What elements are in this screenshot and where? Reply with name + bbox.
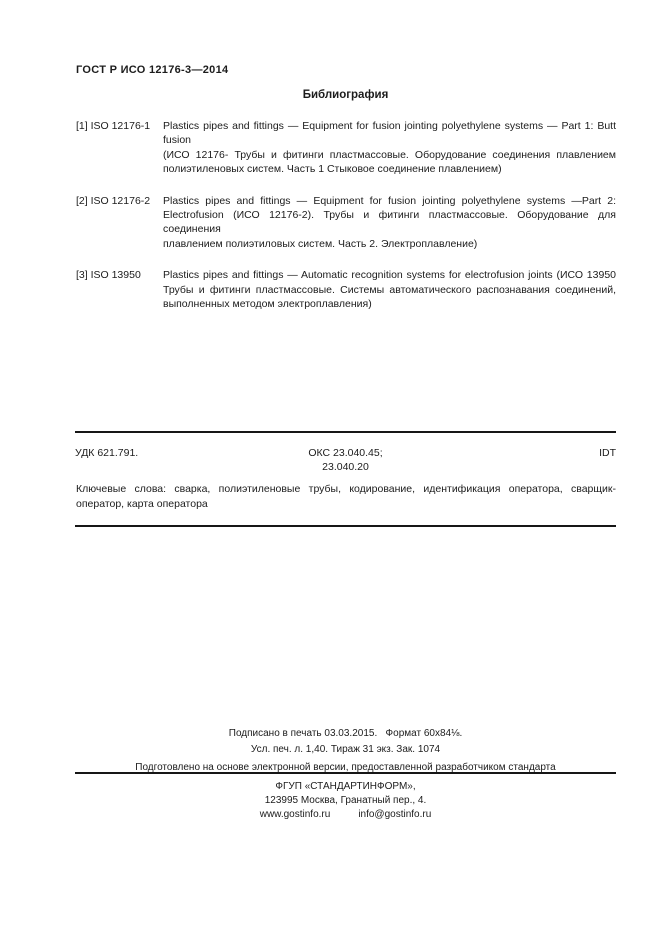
doc-number: ГОСТ Р ИСО 12176-3—2014 — [76, 64, 228, 76]
entry-text-line: (ИСО 12176- Трубы и фитинги пластмассовы… — [163, 148, 616, 162]
keywords-paragraph: Ключевые слова: сварка, полиэтиленовые т… — [76, 482, 616, 512]
document-page: ГОСТ Р ИСО 12176-3—2014 Библиография [1]… — [0, 0, 661, 935]
edition-line: Усл. печ. л. 1,40. Тираж 31 экз. Зак. 10… — [75, 742, 616, 758]
keywords-line: оператор, карта оператора — [76, 497, 616, 512]
entry-text-line: Plastics pipes and fittings — Automatic … — [163, 268, 616, 282]
entry-text: Plastics pipes and fittings — Equipment … — [163, 194, 616, 252]
publisher-website: www.gostinfo.ru — [260, 808, 331, 822]
oks-code-line: ОКС 23.040.45; — [235, 446, 456, 460]
entry-text: Plastics pipes and fittings — Automatic … — [163, 268, 616, 311]
entry-text-line: выполненных методом электроплавления) — [163, 297, 616, 311]
bibliography-entry: [2] ISO 12176-2 Plastics pipes and fitti… — [76, 194, 616, 252]
bibliography-entry: [1] ISO 12176-1 Plastics pipes and fitti… — [76, 119, 616, 177]
entry-ref: [2] ISO 12176-2 — [76, 194, 163, 252]
udk-code: УДК 621.791. — [75, 446, 235, 474]
bibliography-entry: [3] ISO 13950 Plastics pipes and fitting… — [76, 268, 616, 311]
entry-text-line: Plastics pipes and fittings — Equipment … — [163, 119, 616, 148]
publisher-block: ФГУП «СТАНДАРТИНФОРМ», 123995 Москва, Гр… — [75, 780, 616, 822]
entry-text-line: Electrofusion (ИСО 12176-2). Трубы и фит… — [163, 208, 616, 237]
entry-text-line: Трубы и фитинги пластмассовые. Системы а… — [163, 283, 616, 297]
print-date-format-line: Подписано в печать 03.03.2015. Формат 60… — [75, 726, 616, 742]
publisher-name: ФГУП «СТАНДАРТИНФОРМ», — [75, 780, 616, 794]
entry-ref: [1] ISO 12176-1 — [76, 119, 163, 177]
divider-rule-bottom — [75, 772, 616, 774]
entry-text-line: Plastics pipes and fittings — Equipment … — [163, 194, 616, 208]
entry-ref: [3] ISO 13950 — [76, 268, 163, 311]
bibliography-list: [1] ISO 12176-1 Plastics pipes and fitti… — [76, 119, 616, 328]
classification-row: УДК 621.791. ОКС 23.040.45; 23.040.20 ID… — [75, 446, 616, 474]
idt-label: IDT — [456, 446, 616, 474]
entry-text-line: плавлением полиэтиловых систем. Часть 2.… — [163, 237, 616, 251]
divider-rule-top — [75, 431, 616, 433]
publisher-email: info@gostinfo.ru — [358, 808, 431, 822]
oks-codes: ОКС 23.040.45; 23.040.20 — [235, 446, 456, 474]
entry-text-line: полиэтиленовых систем. Часть 1 Стыковое … — [163, 162, 616, 176]
print-colophon: Подписано в печать 03.03.2015. Формат 60… — [75, 726, 616, 776]
bibliography-title: Библиография — [75, 89, 616, 101]
oks-code-line: 23.040.20 — [235, 460, 456, 474]
divider-rule-middle — [75, 525, 616, 527]
keywords-line: Ключевые слова: сварка, полиэтиленовые т… — [76, 482, 616, 497]
publisher-address: 123995 Москва, Гранатный пер., 4. — [75, 794, 616, 808]
publisher-contacts: www.gostinfo.ru info@gostinfo.ru — [75, 808, 616, 822]
entry-text: Plastics pipes and fittings — Equipment … — [163, 119, 616, 177]
